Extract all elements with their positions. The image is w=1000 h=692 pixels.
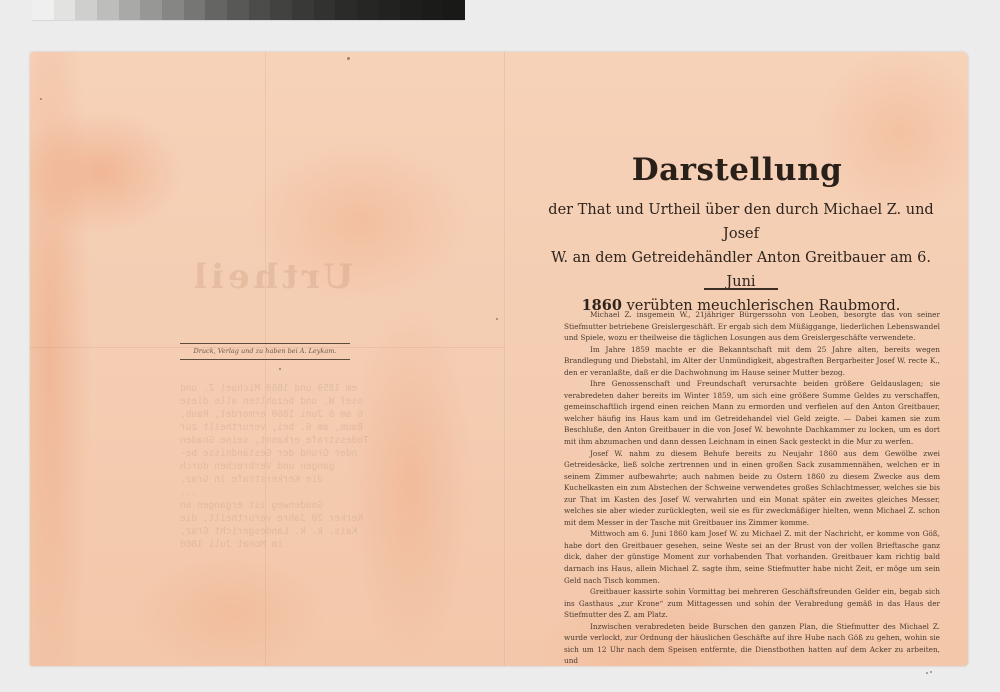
subtitle-line-2: W. an dem Getreidehändler Anton Greitbau… [546,246,936,294]
body-paragraph: Josef W. nahm zu diesem Behufe bereits z… [564,448,940,529]
grayscale-calibration-strip [32,0,465,20]
gray-swatch [443,0,465,20]
gray-swatch [205,0,227,20]
gray-swatch [335,0,357,20]
imprint-block: Druck, Verlag und zu haben bei A. Leykam… [180,343,350,360]
subtitle-line-1: der That und Urtheil über den durch Mich… [546,198,936,246]
body-paragraph: Ihre Genossenschaft und Freundschaft ver… [564,378,940,447]
printer-imprint: Druck, Verlag und zu haben bei A. Leykam… [180,344,350,359]
gray-swatch [227,0,249,20]
gray-swatch [422,0,444,20]
gray-swatch [140,0,162,20]
imprint-rule-bottom [180,359,350,360]
gray-swatch [292,0,314,20]
gray-swatch [162,0,184,20]
gray-swatch [75,0,97,20]
gray-swatch [270,0,292,20]
gray-swatch [97,0,119,20]
bleed-through-text: em 1859 und 1860 Michael Z. und osef W. … [180,382,470,551]
gray-swatch [379,0,401,20]
right-page: Darstellung der That und Urtheil über de… [506,52,968,666]
gray-swatch [119,0,141,20]
document-subtitle: der That und Urtheil über den durch Mich… [546,198,936,318]
gray-swatch [400,0,422,20]
gray-swatch [357,0,379,20]
body-paragraph: Michael Z. insgemein W., 21jähriger Bürg… [564,309,940,344]
gray-swatch [54,0,76,20]
gray-swatch [184,0,206,20]
left-page: Urtheil em 1859 und 1860 Michael Z. und … [30,52,504,666]
body-paragraph: Im Jahre 1859 machte er die Bekanntschaf… [564,344,940,379]
document-sheet: Urtheil em 1859 und 1860 Michael Z. und … [30,52,968,666]
bleed-through-title: Urtheil [190,257,353,297]
body-paragraph: Inzwischen verabredeten beide Burschen d… [564,621,940,667]
article-body: Michael Z. insgemein W., 21jähriger Bürg… [564,309,940,667]
gray-swatch [314,0,336,20]
gray-swatch [249,0,271,20]
body-paragraph: Mittwoch am 6. Juni 1860 kam Josef W. zu… [564,528,940,586]
gray-swatch [32,0,54,20]
document-title: Darstellung [506,152,968,188]
title-divider-rule [704,288,778,290]
body-paragraph: Greitbauer kassirte sohin Vormittag bei … [564,586,940,621]
